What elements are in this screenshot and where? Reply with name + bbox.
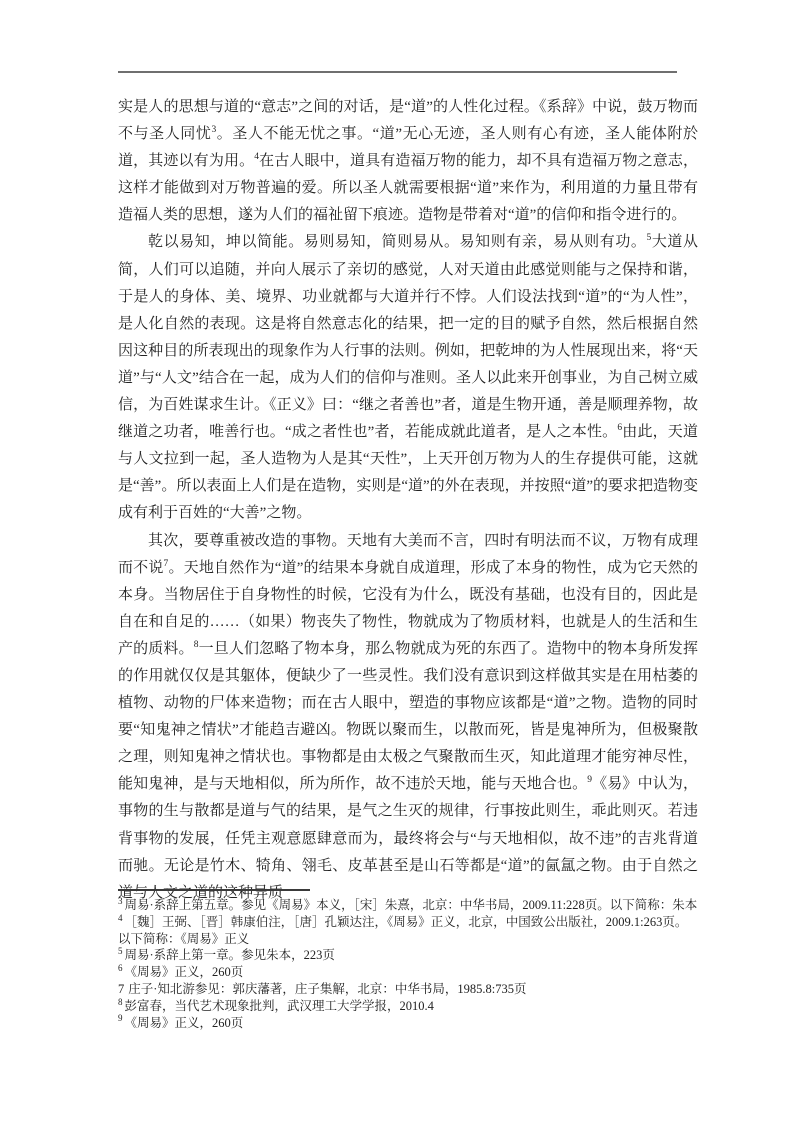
footnote-marker: 8 — [118, 997, 123, 1007]
footnote-item: 6《周易》正义，260页 — [118, 964, 698, 981]
footnote-marker: 6 — [118, 963, 123, 973]
paragraph: 实是人的思想与道的“意志”之间的对话，是“道”的人性化过程。《系辞》中说，鼓万物… — [118, 94, 698, 229]
paragraph: 其次，要尊重被改造的事物。天地有大美而不言，四时有明法而不议，万物有成理而不说7… — [118, 528, 698, 907]
header-rule — [118, 71, 677, 73]
document-page: 实是人的思想与道的“意志”之间的对话，是“道”的人性化过程。《系辞》中说，鼓万物… — [0, 0, 794, 1123]
footnote-text: 《周易》正义，260页 — [125, 965, 244, 979]
text-run: 《易》中认为，事物的生与散都是道与气的结果，是气之生灭的规律，行事按此则生，乖此… — [118, 776, 698, 900]
footnote-text: ［魏］王弼、［晋］韩康伯注，［唐］孔颖达注，《周易》正义，北京，中国致公出版社，… — [118, 915, 687, 946]
footnote-text: 周易·系辞上第一章。参见朱本，223页 — [125, 948, 335, 962]
document-body: 实是人的思想与道的“意志”之间的对话，是“道”的人性化过程。《系辞》中说，鼓万物… — [118, 94, 698, 907]
footnote-item: 7庄子·知北游参见：郭庆藩著，庄子集解，北京：中华书局，1985.8:735页 — [118, 981, 698, 998]
footnote-text: 《周易》正义，260页 — [125, 1016, 244, 1030]
footnote-text: 彭富春，当代艺术现象批判，武汉理工大学学报，2010.4 — [125, 999, 434, 1013]
footnote-item: 9《周易》正义，260页 — [118, 1015, 698, 1032]
footnote-marker: 5 — [118, 946, 123, 956]
footnote-separator — [118, 889, 310, 891]
text-run: 一旦人们忽略了物本身，那么物就成为死的东西了。造物中的物本身所发挥的作用就仅仅是… — [118, 641, 698, 792]
footnote-item: 8彭富春，当代艺术现象批判，武汉理工大学学报，2010.4 — [118, 998, 698, 1015]
footnote-item: 5周易·系辞上第一章。参见朱本，223页 — [118, 947, 698, 964]
text-run: 大道从简，人们可以追随，并向人展示了亲切的感觉，人对天道由此感觉则能与之保持和谐… — [118, 234, 698, 440]
footnote-marker: 9 — [118, 1013, 123, 1023]
footnotes-section: 3周易·系辞上第五章。参见《周易》本义，［宋］朱熹，北京：中华书局，2009.1… — [118, 897, 698, 1031]
footnote-marker: 4 — [118, 913, 123, 923]
footnote-item: 4［魏］王弼、［晋］韩康伯注，［唐］孔颖达注，《周易》正义，北京，中国致公出版社… — [118, 914, 698, 948]
text-run: 乾以易知，坤以简能。易则易知，简则易从。易知则有亲，易从则有功。 — [148, 234, 647, 250]
footnote-marker: 3 — [118, 896, 123, 906]
footnote-text: 周易·系辞上第五章。参见《周易》本义，［宋］朱熹，北京：中华书局，2009.11… — [125, 898, 698, 912]
footnote-text: 庄子·知北游参见：郭庆藩著，庄子集解，北京：中华书局，1985.8:735页 — [128, 982, 526, 996]
paragraph: 乾以易知，坤以简能。易则易知，简则易从。易知则有亲，易从则有功。5大道从简，人们… — [118, 229, 698, 527]
footnote-marker: 7 — [118, 982, 124, 996]
footnote-item: 3周易·系辞上第五章。参见《周易》本义，［宋］朱熹，北京：中华书局，2009.1… — [118, 897, 698, 914]
